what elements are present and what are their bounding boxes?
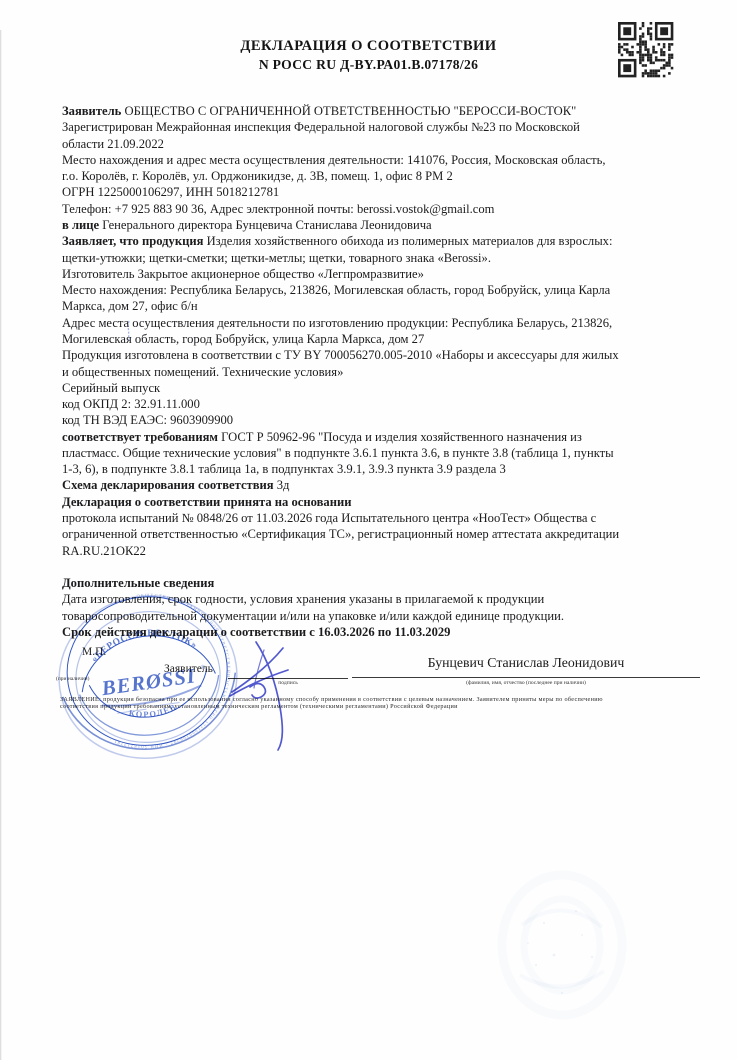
company-stamp: ОБЩЕСТВО С ОГРАНИЧЕННОЙ ОТВЕТСТВЕННОСТЬЮ…: [50, 586, 246, 764]
body-line: 1-3, 6), в подпункте 3.8.1 таблица 1а, в…: [62, 461, 710, 477]
signatory-name: Бунцевич Станислав Леонидович: [352, 655, 700, 671]
body-line: и общественных помещений. Технические ус…: [62, 364, 710, 380]
body-line: соответствует требованиям ГОСТ Р 50962-9…: [62, 429, 710, 445]
stamp-reg-mark: ®: [200, 664, 206, 672]
body-line: области 21.09.2022: [62, 136, 710, 152]
body-line: Заявляет, что продукция Изделия хозяйств…: [62, 233, 710, 249]
body-line: Серийный выпуск: [62, 380, 710, 396]
handwritten-signature: [220, 632, 315, 757]
body-line: протокола испытаний № 0848/26 от 11.03.2…: [62, 510, 710, 526]
body-line: Изготовитель Закрытое акционерное общест…: [62, 266, 710, 282]
svg-text:«БЕРОССИ-ВОСТОК»: «БЕРОССИ-ВОСТОК»: [87, 622, 200, 666]
signatory-name-line: [352, 677, 700, 678]
body-line: Схема декларирования соответствия 3д: [62, 477, 710, 493]
body-line: [62, 559, 710, 575]
body-line: Декларация о соответствии принята на осн…: [62, 494, 710, 510]
body-line: ОГРН 1225000106297, ИНН 5018212781: [62, 184, 710, 200]
qr-code-icon: [618, 22, 676, 78]
body-line: RA.RU.21ОК22: [62, 543, 710, 559]
body-line: Телефон: +7 925 883 90 36, Адрес электро…: [62, 201, 710, 217]
body-line: Продукция изготовлена в соответствии с Т…: [62, 347, 710, 363]
stamp-arc-top-text: «БЕРОССИ-ВОСТОК»: [87, 622, 200, 666]
body-line: в лице Генерального директора Бунцевича …: [62, 217, 710, 233]
body-line: код ТН ВЭД ЕАЭС: 9603909900: [62, 412, 710, 428]
stamp-center-text: BERØSSI: [99, 665, 197, 700]
body-line: ограниченной ответственностью «Сертифика…: [62, 526, 710, 542]
body-line: Адрес места осуществления деятельности п…: [62, 315, 710, 331]
ink-mark: [126, 320, 134, 344]
body-line: г.о. Королёв, г. Королёв, ул. Орджоникид…: [62, 168, 710, 184]
declaration-page: ДЕКЛАРАЦИЯ О СООТВЕТСТВИИ N РОСС RU Д-BY…: [0, 0, 737, 1060]
body-line: Маркса, дом 27, офис б/н: [62, 298, 710, 314]
document-body: Заявитель ОБЩЕСТВО С ОГРАНИЧЕННОЙ ОТВЕТС…: [62, 103, 710, 640]
body-line: Заявитель ОБЩЕСТВО С ОГРАНИЧЕННОЙ ОТВЕТС…: [62, 103, 710, 119]
body-line: код ОКПД 2: 32.91.11.000: [62, 396, 710, 412]
body-line: щетки-утюжки; щетки-сметки; щетки-метлы;…: [62, 250, 710, 266]
body-line: пластмасс. Общие технические условия" в …: [62, 445, 710, 461]
body-line: Место нахождения и адрес места осуществл…: [62, 152, 710, 168]
body-line: Могилевская область, город Бобруйск, ули…: [62, 331, 710, 347]
ghost-stamp: [492, 865, 637, 1025]
scan-edge-artifact: [0, 30, 2, 1060]
body-line: Зарегистрирован Межрайонная инспекция Фе…: [62, 119, 710, 135]
signatory-name-caption: (фамилия, имя, отчество (последнее при н…: [352, 680, 700, 686]
body-line: Место нахождения: Республика Беларусь, 2…: [62, 282, 710, 298]
